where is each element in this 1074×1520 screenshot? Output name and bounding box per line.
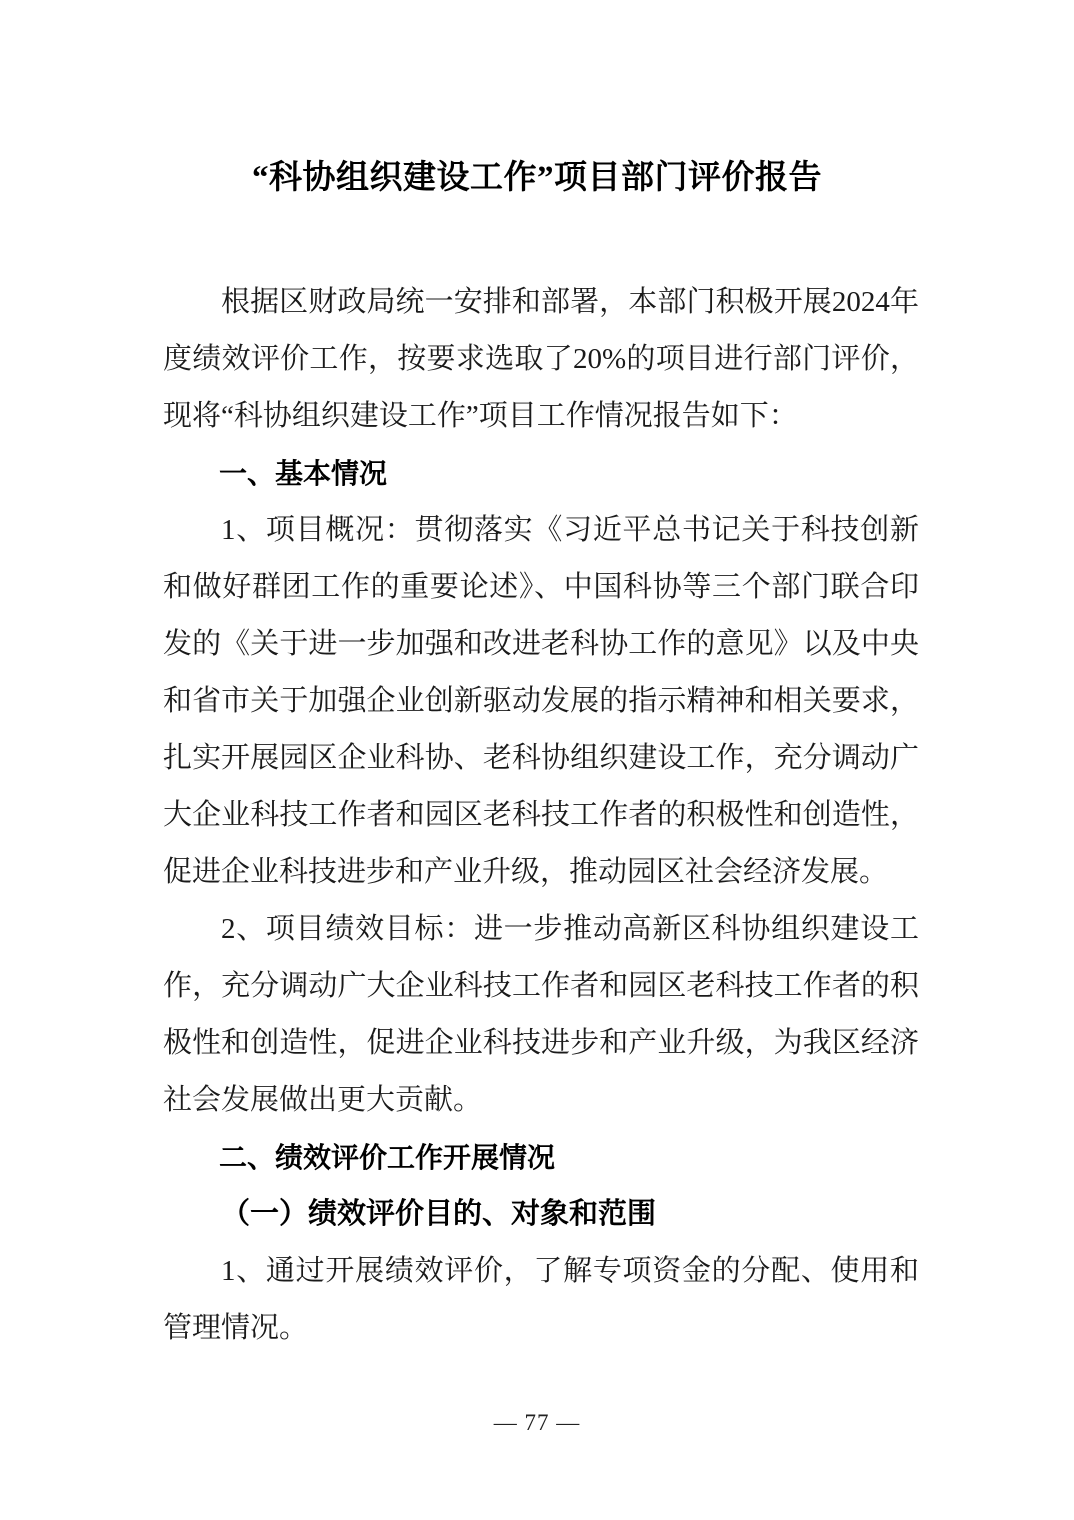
page-number: — 77 — bbox=[0, 1408, 1074, 1438]
text-line: 扎实开展园区企业科协、老科协组织建设工作，充分调动广 bbox=[163, 730, 919, 787]
text-line: 管理情况。 bbox=[163, 1300, 919, 1357]
heading-line: 一、基本情况 bbox=[163, 445, 919, 502]
document-page: “科协组织建设工作”项目部门评价报告 根据区财政局统一安排和部署，本部门积极开展… bbox=[0, 0, 1074, 1520]
text-line: 度绩效评价工作，按要求选取了20%的项目进行部门评价， bbox=[163, 331, 919, 388]
text-line: 现将“科协组织建设工作”项目工作情况报告如下： bbox=[163, 388, 919, 445]
text-line: 根据区财政局统一安排和部署，本部门积极开展2024年 bbox=[163, 274, 919, 331]
text-line: 和省市关于加强企业创新驱动发展的指示精神和相关要求， bbox=[163, 673, 919, 730]
document-body: 根据区财政局统一安排和部署，本部门积极开展2024年度绩效评价工作，按要求选取了… bbox=[163, 274, 919, 1357]
document-title: “科协组织建设工作”项目部门评价报告 bbox=[159, 154, 915, 202]
text-line: 促进企业科技进步和产业升级，推动园区社会经济发展。 bbox=[163, 844, 919, 901]
heading-line: （一）绩效评价目的、对象和范围 bbox=[163, 1186, 919, 1243]
text-line: 发的《关于进一步加强和改进老科协工作的意见》以及中央 bbox=[163, 616, 919, 673]
text-line: 作，充分调动广大企业科技工作者和园区老科技工作者的积 bbox=[163, 958, 919, 1015]
text-line: 1、通过开展绩效评价，了解专项资金的分配、使用和 bbox=[163, 1243, 919, 1300]
text-line: 和做好群团工作的重要论述》、中国科协等三个部门联合印 bbox=[163, 559, 919, 616]
text-line: 社会发展做出更大贡献。 bbox=[163, 1072, 919, 1129]
text-line: 1、项目概况：贯彻落实《习近平总书记关于科技创新 bbox=[163, 502, 919, 559]
text-line: 2、项目绩效目标：进一步推动高新区科协组织建设工 bbox=[163, 901, 919, 958]
heading-line: 二、绩效评价工作开展情况 bbox=[163, 1129, 919, 1186]
text-line: 极性和创造性，促进企业科技进步和产业升级，为我区经济 bbox=[163, 1015, 919, 1072]
text-line: 大企业科技工作者和园区老科技工作者的积极性和创造性， bbox=[163, 787, 919, 844]
